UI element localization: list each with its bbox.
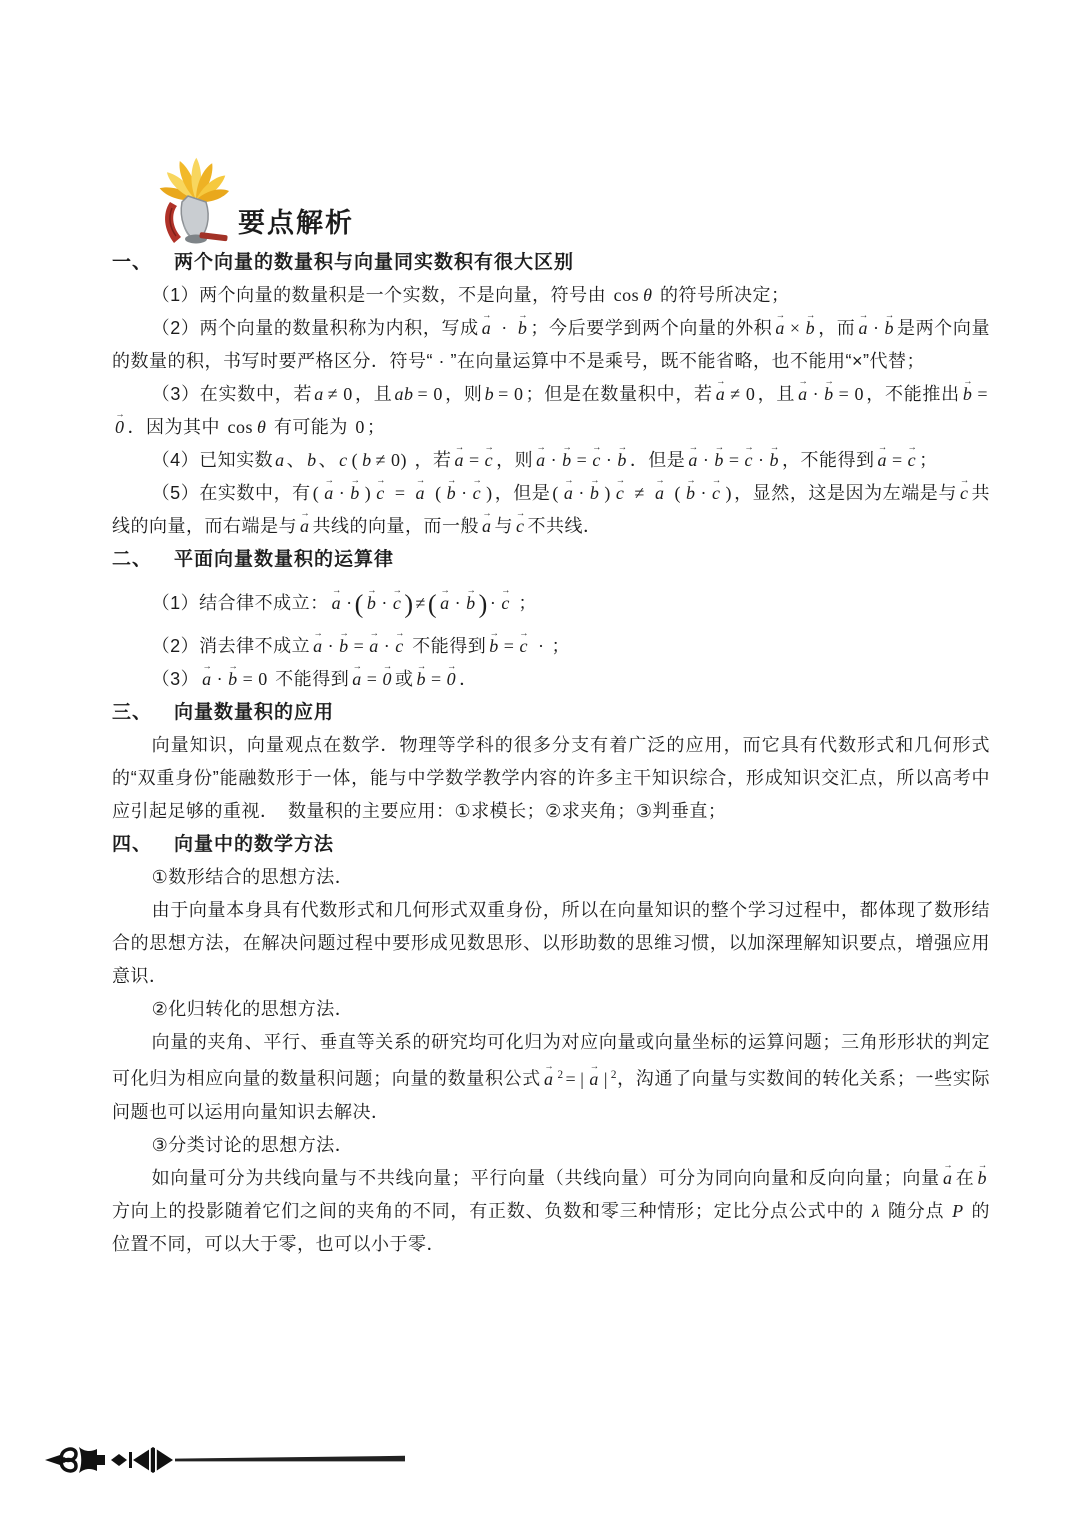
paragraph: 向量的夹角、平行、垂直等关系的研究均可化归为对应向量或向量坐标的运算问题；三角形… [112, 1026, 990, 1129]
vector-a: →a [297, 517, 313, 535]
vector-a: →a [652, 484, 668, 502]
section-number: 一、 [112, 246, 174, 279]
vector-b: →b [614, 451, 630, 469]
text-run: （1）两个向量的数量积是一个实数，不是向量，符号由 [152, 285, 612, 305]
math-run: · [494, 318, 515, 338]
vector-b: →b [559, 451, 575, 469]
vector-a: →a [321, 484, 337, 502]
vector-b: →b [975, 1169, 991, 1187]
vector-c: →c [589, 451, 604, 469]
vector-a: →a [772, 319, 788, 337]
math-run: P [950, 1201, 966, 1221]
section-heading: 三、向量数量积的应用 [112, 696, 990, 729]
vector-c: →c [957, 484, 972, 502]
math-run: = 0 [496, 384, 525, 404]
math-run: θ [255, 417, 268, 437]
math-run: = [975, 384, 990, 404]
math-run: = [575, 450, 590, 470]
math-run: ) [479, 589, 488, 618]
text-run: ； [919, 450, 938, 470]
flourish-divider-svg [45, 1443, 407, 1477]
math-run: | [578, 1069, 586, 1089]
text-run: ，而 [818, 318, 855, 338]
text-run: ，不能推出 [866, 384, 960, 404]
vector-b: →b [587, 484, 603, 502]
math-run: · [382, 636, 393, 656]
vector-a: →a [366, 637, 382, 655]
text-run: ，则 [496, 450, 533, 470]
paragraph: （1）结合律不成立：→a·(→b·→c)≠(→a·→b)·→c ； [112, 583, 990, 623]
math-run: = [502, 636, 517, 656]
vector-a: →a [199, 670, 215, 688]
paragraph: （2）消去律不成立→a·→b=→a·→c 不能得到→b=→c · ； [112, 630, 990, 663]
vector-c: →c [513, 517, 528, 535]
paragraph: （3）→a·→b= 0 不能得到→a=→0或→b=→0． [112, 663, 990, 696]
vector-a: →a [874, 451, 890, 469]
vector-c: →c [498, 594, 513, 612]
vector-a: →a [586, 1070, 602, 1088]
math-run: · [215, 669, 226, 689]
math-run: a [312, 384, 326, 404]
text-run: 、 [319, 450, 338, 470]
section-number: 二、 [112, 543, 174, 576]
math-run: 0 [353, 417, 367, 437]
vector-a: →a [329, 594, 345, 612]
page-header: 要点解析 [112, 156, 990, 246]
vector-a: →a [413, 484, 429, 502]
text-run: 随分点 [882, 1201, 950, 1221]
math-run: b [360, 450, 374, 470]
math-run: ) [404, 589, 413, 618]
vector-c: →c [709, 484, 724, 502]
math-run: · [871, 318, 882, 338]
math-run: = 0 [837, 384, 866, 404]
math-run: · [549, 450, 560, 470]
vector-c: →c [470, 484, 485, 502]
vector-0: →0 [112, 418, 128, 436]
math-run: · [756, 450, 767, 470]
vector-b: →b [225, 670, 241, 688]
vector-c: →c [741, 451, 756, 469]
vector-c: →c [482, 451, 497, 469]
vector-a: →a [940, 1169, 956, 1187]
math-run: ≠ 0) [374, 450, 409, 470]
vector-a: →a [479, 319, 495, 337]
vector-b: →b [711, 451, 727, 469]
vector-a: →a [713, 385, 729, 403]
math-run: ( [350, 450, 361, 470]
math-run: b [483, 384, 497, 404]
math-run: ) [363, 483, 374, 503]
vector-a: →a [685, 451, 701, 469]
math-run: ab [393, 384, 416, 404]
math-run: a [273, 450, 287, 470]
vector-b: →b [803, 319, 819, 337]
paragraph: ②化归转化的思想方法． [112, 993, 990, 1026]
section-heading-text: 平面向量数量积的运算律 [174, 543, 394, 576]
text-run: ；但是在数量积中，若 [525, 384, 712, 404]
text-run: ，但是 [495, 483, 551, 503]
text-run: 或 [395, 669, 414, 689]
math-run: · [326, 636, 337, 656]
math-run: · [604, 450, 615, 470]
math-run: = [467, 450, 482, 470]
vector-b: →b [515, 319, 531, 337]
math-run: = [727, 450, 742, 470]
math-run: ( [667, 483, 683, 503]
math-run: × [788, 318, 803, 338]
paragraph: 向量知识，向量观点在数学．物理等学科的很多分支有着广泛的应用，而它具有代数形式和… [112, 729, 990, 828]
vector-b: →b [444, 484, 460, 502]
vector-a: →a [349, 670, 365, 688]
math-run: = [890, 450, 905, 470]
text-run: 与 [495, 516, 514, 536]
vector-a: →a [452, 451, 468, 469]
math-run: = [564, 1069, 579, 1089]
flower-bell-icon [152, 156, 236, 246]
text-run: ①数形结合的思想方法． [152, 867, 354, 887]
vector-b: →b [683, 484, 699, 502]
vector-c: →c [613, 484, 628, 502]
vector-b: →b [766, 451, 782, 469]
vector-b: →b [821, 385, 837, 403]
text-run: （2）两个向量的数量积称为内积，写成 [152, 318, 479, 338]
text-run: 在 [955, 1168, 974, 1188]
math-run: ≠ 0 [728, 384, 757, 404]
math-run: · [344, 593, 355, 613]
text-run: ，且 [757, 384, 795, 404]
vector-b: →b [486, 637, 502, 655]
vector-b: →b [336, 637, 352, 655]
vector-a: →a [310, 637, 326, 655]
text-run: ，显然，这是因为左端是与 [734, 483, 957, 503]
math-run: ( [311, 483, 322, 503]
vector-a: →a [437, 594, 453, 612]
text-run: 不能得到 [270, 669, 350, 689]
math-run: = [352, 636, 367, 656]
vector-a: →a [795, 385, 811, 403]
math-run: · [459, 483, 470, 503]
math-run: ( [355, 589, 364, 618]
paragraph: （1）两个向量的数量积是一个实数，不是向量，符号由 cosθ 的符号所决定； [112, 279, 990, 312]
section-number: 三、 [112, 696, 174, 729]
math-run: ≠ [414, 593, 428, 613]
math-run: · [701, 450, 712, 470]
math-run: ( [550, 483, 561, 503]
math-run: · [811, 384, 822, 404]
paragraph: （3）在实数中，若a≠ 0，且ab= 0，则b= 0；但是在数量积中，若→a≠ … [112, 378, 990, 444]
document-page: 要点解析 一、两个向量的数量积与向量同实数积有很大区别（1）两个向量的数量积是一… [0, 0, 1075, 1518]
vector-0: →0 [444, 670, 460, 688]
vector-a: →a [533, 451, 549, 469]
vector-a: →a [541, 1070, 557, 1088]
vector-b: →b [960, 385, 976, 403]
text-run: （4）已知实数 [152, 450, 274, 470]
math-run: b [305, 450, 319, 470]
text-run: （3）在实数中，若 [152, 384, 313, 404]
math-run: ( [428, 589, 437, 618]
vector-c: →c [905, 451, 920, 469]
vector-b: →b [413, 670, 429, 688]
paragraph: 如向量可分为共线向量与不共线向量；平行向量（共线向量）可分为同向向量和反向向量；… [112, 1162, 990, 1261]
math-run: c [337, 450, 350, 470]
section-number: 四、 [112, 828, 174, 861]
paragraph: （5）在实数中，有(→a·→b)→c = →a (→b·→c)，但是(→a·→b… [112, 477, 990, 543]
math-run: ) [602, 483, 613, 503]
math-run: λ [870, 1201, 882, 1221]
text-run: （3） [152, 669, 200, 689]
math-run: cos [226, 417, 256, 437]
text-run: ，不能得到 [782, 450, 875, 470]
superscript: 2 [556, 1069, 563, 1081]
text-run: ． [459, 669, 478, 689]
text-run: 向量知识，向量观点在数学．物理等学科的很多分支有着广泛的应用，而它具有代数形式和… [112, 735, 990, 821]
section-heading-text: 向量中的数学方法 [174, 828, 334, 861]
text-run: （1）结合律不成立： [152, 593, 329, 613]
text-run: ； [367, 417, 386, 437]
text-run: 的符号所决定； [654, 285, 789, 305]
text-run: ．因为其中 [128, 417, 226, 437]
math-run: = [365, 669, 380, 689]
ornamental-flourish-divider [45, 1443, 407, 1477]
text-run: 共线的向量，而一般 [313, 516, 480, 536]
math-run: · [337, 483, 348, 503]
paragraph: ③分类讨论的思想方法． [112, 1129, 990, 1162]
page-title: 要点解析 [238, 201, 354, 246]
section-heading: 四、向量中的数学方法 [112, 828, 990, 861]
vector-a: →a [479, 517, 495, 535]
vector-c: →c [392, 637, 407, 655]
text-run: ，若 [409, 450, 452, 470]
text-run: 不能得到 [407, 636, 487, 656]
vector-b: →b [463, 594, 479, 612]
section-heading: 一、两个向量的数量积与向量同实数积有很大区别 [112, 246, 990, 279]
text-run: ．但是 [630, 450, 686, 470]
math-run: · [453, 593, 464, 613]
math-run: ( [428, 483, 444, 503]
text-run: ②化归转化的思想方法． [152, 999, 354, 1019]
math-run: · [699, 483, 710, 503]
text-run: ③分类讨论的思想方法． [152, 1135, 354, 1155]
text-run: 有可能为 [268, 417, 353, 437]
math-run: = [429, 669, 444, 689]
paragraph: （4）已知实数a、b、c(b≠ 0) ，若→a=→c，则→a·→b=→c·→b．… [112, 444, 990, 477]
text-run: 由于向量本身具有代数形式和几何形式双重身份，所以在向量知识的整个学习过程中，都体… [112, 900, 990, 986]
math-run: · [576, 483, 587, 503]
math-run: cos [612, 285, 642, 305]
vector-b: →b [364, 594, 380, 612]
section-heading-text: 向量数量积的应用 [174, 696, 334, 729]
text-run: ；今后要学到两个向量的外积 [530, 318, 772, 338]
section-heading: 二、平面向量数量积的运算律 [112, 543, 990, 576]
math-run: · [531, 636, 552, 656]
math-run: = [388, 483, 413, 503]
math-run: = 0 [416, 384, 445, 404]
vector-0: →0 [379, 670, 395, 688]
text-run: 、 [287, 450, 306, 470]
math-run: ≠ 0 [326, 384, 355, 404]
vector-a: →a [855, 319, 871, 337]
text-run: 如向量可分为共线向量与不共线向量；平行向量（共线向量）可分为同向向量和反向向量；… [152, 1168, 940, 1188]
text-run: ； [513, 593, 537, 613]
paragraph: ①数形结合的思想方法． [112, 861, 990, 894]
document-body: 一、两个向量的数量积与向量同实数积有很大区别（1）两个向量的数量积是一个实数，不… [112, 246, 990, 1261]
math-run: ≠ [627, 483, 652, 503]
paragraph: （2）两个向量的数量积称为内积，写成→a · →b；今后要学到两个向量的外积→a… [112, 312, 990, 378]
math-run: ) [484, 483, 495, 503]
math-run: · [379, 593, 390, 613]
text-run: 不共线． [528, 516, 602, 536]
math-run: θ [641, 285, 654, 305]
vector-c: →c [390, 594, 405, 612]
vector-c: →c [516, 637, 531, 655]
vector-c: →c [373, 484, 388, 502]
paragraph: 由于向量本身具有代数形式和几何形式双重身份，所以在向量知识的整个学习过程中，都体… [112, 894, 990, 993]
section-heading-text: 两个向量的数量积与向量同实数积有很大区别 [174, 246, 574, 279]
text-run: ； [551, 636, 570, 656]
text-run: ，且 [355, 384, 393, 404]
math-run: ) [724, 483, 735, 503]
flower-bell-icon-svg [152, 156, 236, 246]
vector-a: →a [561, 484, 577, 502]
vector-b: →b [881, 319, 897, 337]
text-run: 方向上的投影随着它们之间的夹角的不同，有正数、负数和零三种情形；定比分点公式中的 [112, 1201, 870, 1221]
math-run: · [488, 593, 499, 613]
text-run: （5）在实数中，有 [152, 483, 311, 503]
vector-b: →b [347, 484, 363, 502]
text-run: ，则 [445, 384, 483, 404]
text-run: （2）消去律不成立 [152, 636, 311, 656]
math-run: | [602, 1069, 610, 1089]
superscript: 2 [610, 1069, 617, 1081]
math-run: = 0 [241, 669, 270, 689]
